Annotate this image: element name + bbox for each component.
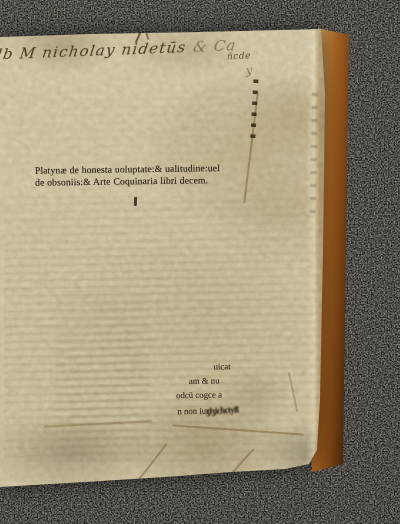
- fragment-line: am & nu: [189, 375, 220, 386]
- fragment-line: uicat: [213, 361, 230, 371]
- pen-flourish: [144, 30, 149, 40]
- page-wrap: lb M nicholay nidetūs& Ca ñcde y Platynæ…: [0, 0, 400, 524]
- book-page: lb M nicholay nidetūs& Ca ñcde y Platynæ…: [0, 0, 345, 500]
- print-fragments: uicat am & nu odcū cogce a n non iur ʒlʒ…: [175, 360, 316, 428]
- printed-title: Platynæ de honesta uoluptate:& ualitudin…: [35, 162, 275, 189]
- inscription-main: lb M nicholay nidetūs: [0, 38, 188, 63]
- inscription-stray-letter: y: [245, 64, 253, 78]
- inscription-right-fragment: ñcde: [227, 51, 251, 62]
- ink-smudge-text: ʒlʒichctyß: [206, 404, 239, 417]
- text-showthrough-left: [55, 290, 150, 460]
- margin-bleed-marks: [310, 88, 318, 213]
- ink-spot: [134, 197, 137, 206]
- manuscript-inscription: lb M nicholay nidetūs& Ca: [0, 36, 238, 63]
- book-photograph: lb M nicholay nidetūs& Ca ñcde y Platynæ…: [0, 0, 400, 524]
- fragment-line: odcū cogce a: [176, 389, 222, 400]
- fragment-line: n non iur: [177, 406, 209, 417]
